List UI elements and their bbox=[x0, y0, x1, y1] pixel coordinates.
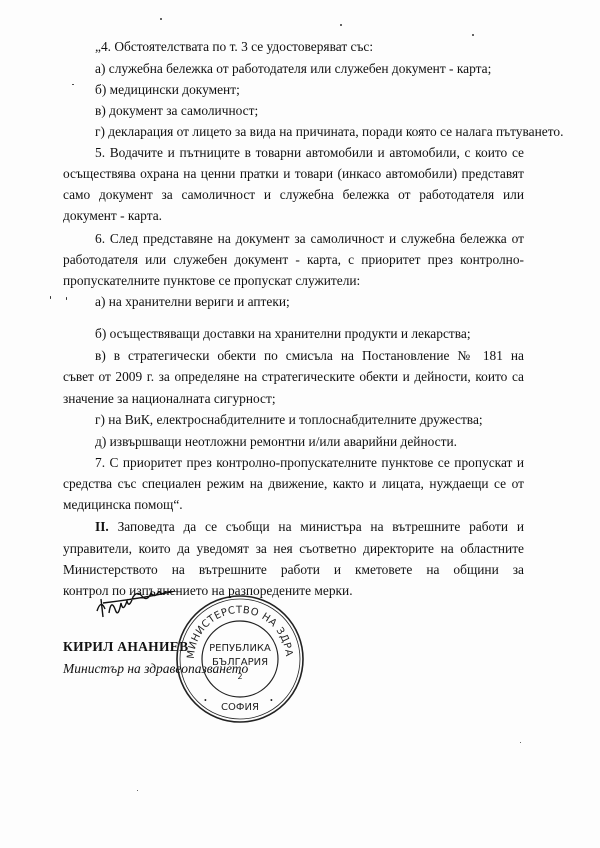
scan-speck bbox=[340, 24, 342, 26]
text-line: а) служебна бележка от работодателя или … bbox=[95, 61, 524, 77]
section-text: Заповедта да се съобщи на министъра на в… bbox=[95, 519, 524, 535]
scan-speck bbox=[66, 297, 67, 300]
svg-text:•: • bbox=[270, 696, 273, 705]
svg-text:•: • bbox=[204, 696, 207, 705]
text-line: д) извършващи неотложни ремонтни и/или а… bbox=[95, 434, 524, 450]
text-line: а) на хранителни вериги и аптеки; bbox=[95, 294, 524, 310]
text-line: б) медицински документ; bbox=[95, 82, 524, 98]
text-line: Министерството на вътрешните работи и км… bbox=[63, 562, 524, 578]
text-line: работодателя или служебен документ - кар… bbox=[63, 252, 524, 268]
text-line: в) документ за самоличност; bbox=[95, 103, 524, 119]
scan-speck bbox=[72, 84, 74, 85]
scan-speck bbox=[472, 34, 474, 36]
text-line: средства със специален режим на движение… bbox=[63, 476, 524, 492]
signature-block: КИРИЛ АНАНИЕВ Министър на здравеопазване… bbox=[63, 585, 383, 725]
text-line: г) на ВиК, електроснабдителните и топлос… bbox=[95, 412, 524, 428]
text-line: в) в стратегически обекти по смисъла на … bbox=[95, 348, 524, 364]
text-line: документ - карта. bbox=[63, 208, 524, 224]
text-line: само документ за самоличност и служебна … bbox=[63, 187, 524, 203]
section-ii-first-line: II. Заповедта да се съобщи на министъра … bbox=[95, 519, 524, 535]
text-line: осъществява охрана на ценни пратки и тов… bbox=[63, 166, 524, 182]
scan-speck bbox=[137, 790, 138, 791]
text-line: пропускателните пунктове се пропускат сл… bbox=[63, 273, 524, 289]
text-line: 7. С приоритет през контролно-пропускате… bbox=[95, 455, 524, 471]
signer-name: КИРИЛ АНАНИЕВ bbox=[63, 639, 188, 655]
svg-text:БЪЛГАРИЯ: БЪЛГАРИЯ bbox=[212, 657, 268, 668]
text-line: съвет от 2009 г. за определяне на страте… bbox=[63, 369, 524, 385]
text-line: г) декларация от лицето за вида на причи… bbox=[95, 124, 524, 140]
text-line: управители, които да уведомят за нея съо… bbox=[63, 541, 524, 557]
scan-speck bbox=[520, 742, 521, 743]
svg-text:2: 2 bbox=[237, 672, 242, 681]
text-line: б) осъществяващи доставки на хранителни … bbox=[95, 326, 524, 342]
text-line: „4. Обстоятелствата по т. 3 се удостовер… bbox=[95, 39, 524, 55]
scan-speck bbox=[50, 296, 51, 299]
text-line: значение за националната сигурност; bbox=[63, 391, 524, 407]
text-line: медицинска помощ“. bbox=[63, 497, 524, 513]
svg-text:РЕПУБЛИКА: РЕПУБЛИКА bbox=[209, 643, 271, 654]
text-line: 6. След представяне на документ за самол… bbox=[95, 231, 524, 247]
scan-speck bbox=[160, 18, 162, 20]
section-number: II. bbox=[95, 519, 109, 534]
official-stamp-icon: МИНИСТЕРСТВО НА ЗДРАВЕОПАЗВАНЕТО СОФИЯ Р… bbox=[174, 593, 306, 725]
document-page: „4. Обстоятелствата по т. 3 се удостовер… bbox=[0, 0, 600, 848]
text-line: 5. Водачите и пътниците в товарни автомо… bbox=[95, 145, 524, 161]
svg-text:СОФИЯ: СОФИЯ bbox=[221, 702, 259, 713]
